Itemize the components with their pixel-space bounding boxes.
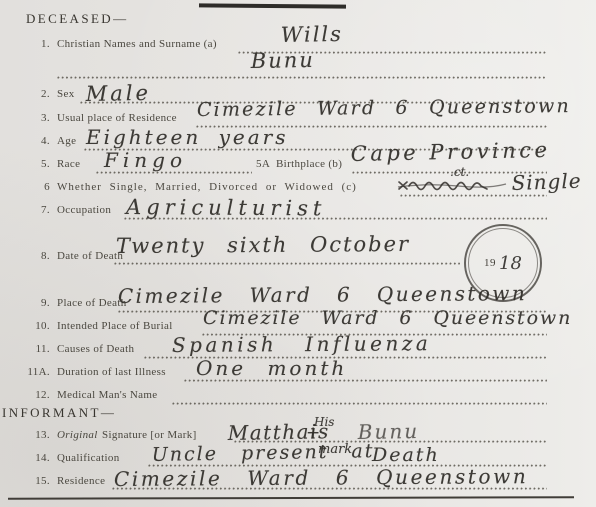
field-label: Residence (57, 475, 105, 487)
field-number: 7. (14, 204, 50, 216)
field-number: 12. (14, 389, 50, 401)
field-label: Medical Man's Name (57, 389, 158, 401)
handwritten-value: Cape Province (350, 138, 550, 166)
dotted-line (57, 76, 547, 79)
field-number: 4. (14, 135, 50, 147)
handwritten-value: Twenty sixth October (116, 232, 410, 258)
dotted-line (114, 262, 460, 265)
field-label: Christian Names and Surname (a) (57, 38, 217, 50)
field-label: Intended Place of Burial (57, 320, 173, 332)
field-number: 13. (14, 429, 50, 441)
death-register-form: DECEASED— 1. Christian Names and Surname… (0, 0, 596, 507)
field-label: Signature [or Mark] (102, 429, 197, 441)
handwritten-value: Cimezile Ward 6 Queenstown (118, 281, 527, 308)
field-label: Duration of last Illness (57, 366, 166, 378)
handwritten-value: Fingo (104, 148, 187, 172)
field-label: Birthplace (b) (276, 158, 342, 170)
handwritten-value: Eighteen years (86, 125, 289, 149)
field-number: 1. (14, 38, 50, 50)
field-label-original: Original (57, 429, 98, 441)
field-number: 2. (14, 88, 50, 100)
field-number: 15. (14, 475, 50, 487)
field-label: Occupation (57, 204, 111, 216)
field-label: Race (57, 158, 80, 170)
handwritten-value: One month (196, 356, 347, 380)
field-label: Sex (57, 88, 75, 100)
field-number: 5. (14, 158, 50, 170)
section-header-deceased: DECEASED— (26, 11, 129, 27)
field-number: 5A (256, 158, 270, 170)
field-label: Age (57, 135, 76, 147)
strikeout-scribble-icon (397, 177, 509, 197)
field-label: Causes of Death (57, 343, 134, 355)
field-number: 11. (14, 343, 50, 355)
field-number: 3. (14, 112, 50, 124)
field-number: 11A. (14, 366, 50, 378)
handwritten-value: Cimezile Ward 6 Queenstown (114, 464, 529, 491)
field-label: Usual place of Residence (57, 112, 177, 124)
field-label: Place of Death (57, 297, 127, 309)
bottom-rule (8, 496, 574, 499)
section-header-informant: INFORMANT— (2, 405, 116, 421)
top-rule-mark (199, 3, 346, 8)
field-number: 14. (14, 452, 50, 464)
handwritten-value: Spanish Influenza (172, 331, 432, 357)
handwritten-value: Male (86, 81, 152, 106)
handwritten-value: Uncle present at (152, 440, 375, 466)
field-number: 10. (14, 320, 50, 332)
handwritten-value: Single (511, 169, 582, 195)
field-number: 6 (14, 181, 50, 193)
handwritten-value: Cimezile Ward 6 Queenstown (197, 95, 571, 121)
dotted-line (172, 402, 547, 405)
field-number: 8. (14, 250, 50, 262)
mark-cross: + (306, 423, 320, 443)
year-handwritten: 18 (499, 253, 522, 274)
year-printed: 19 (484, 257, 496, 269)
handwritten-value-end: Death (372, 444, 440, 466)
handwritten-value: Wills (281, 22, 344, 47)
handwritten-value: Bunu (251, 48, 315, 73)
field-number: 9. (14, 297, 50, 309)
field-label: Whether Single, Married, Divorced or Wid… (57, 181, 357, 193)
handwritten-value: Agriculturist (126, 195, 326, 220)
handwritten-value: Cimezile Ward 6 Queenstown (203, 307, 572, 329)
field-label: Qualification (57, 452, 120, 464)
field-label: Date of Death (57, 250, 123, 262)
